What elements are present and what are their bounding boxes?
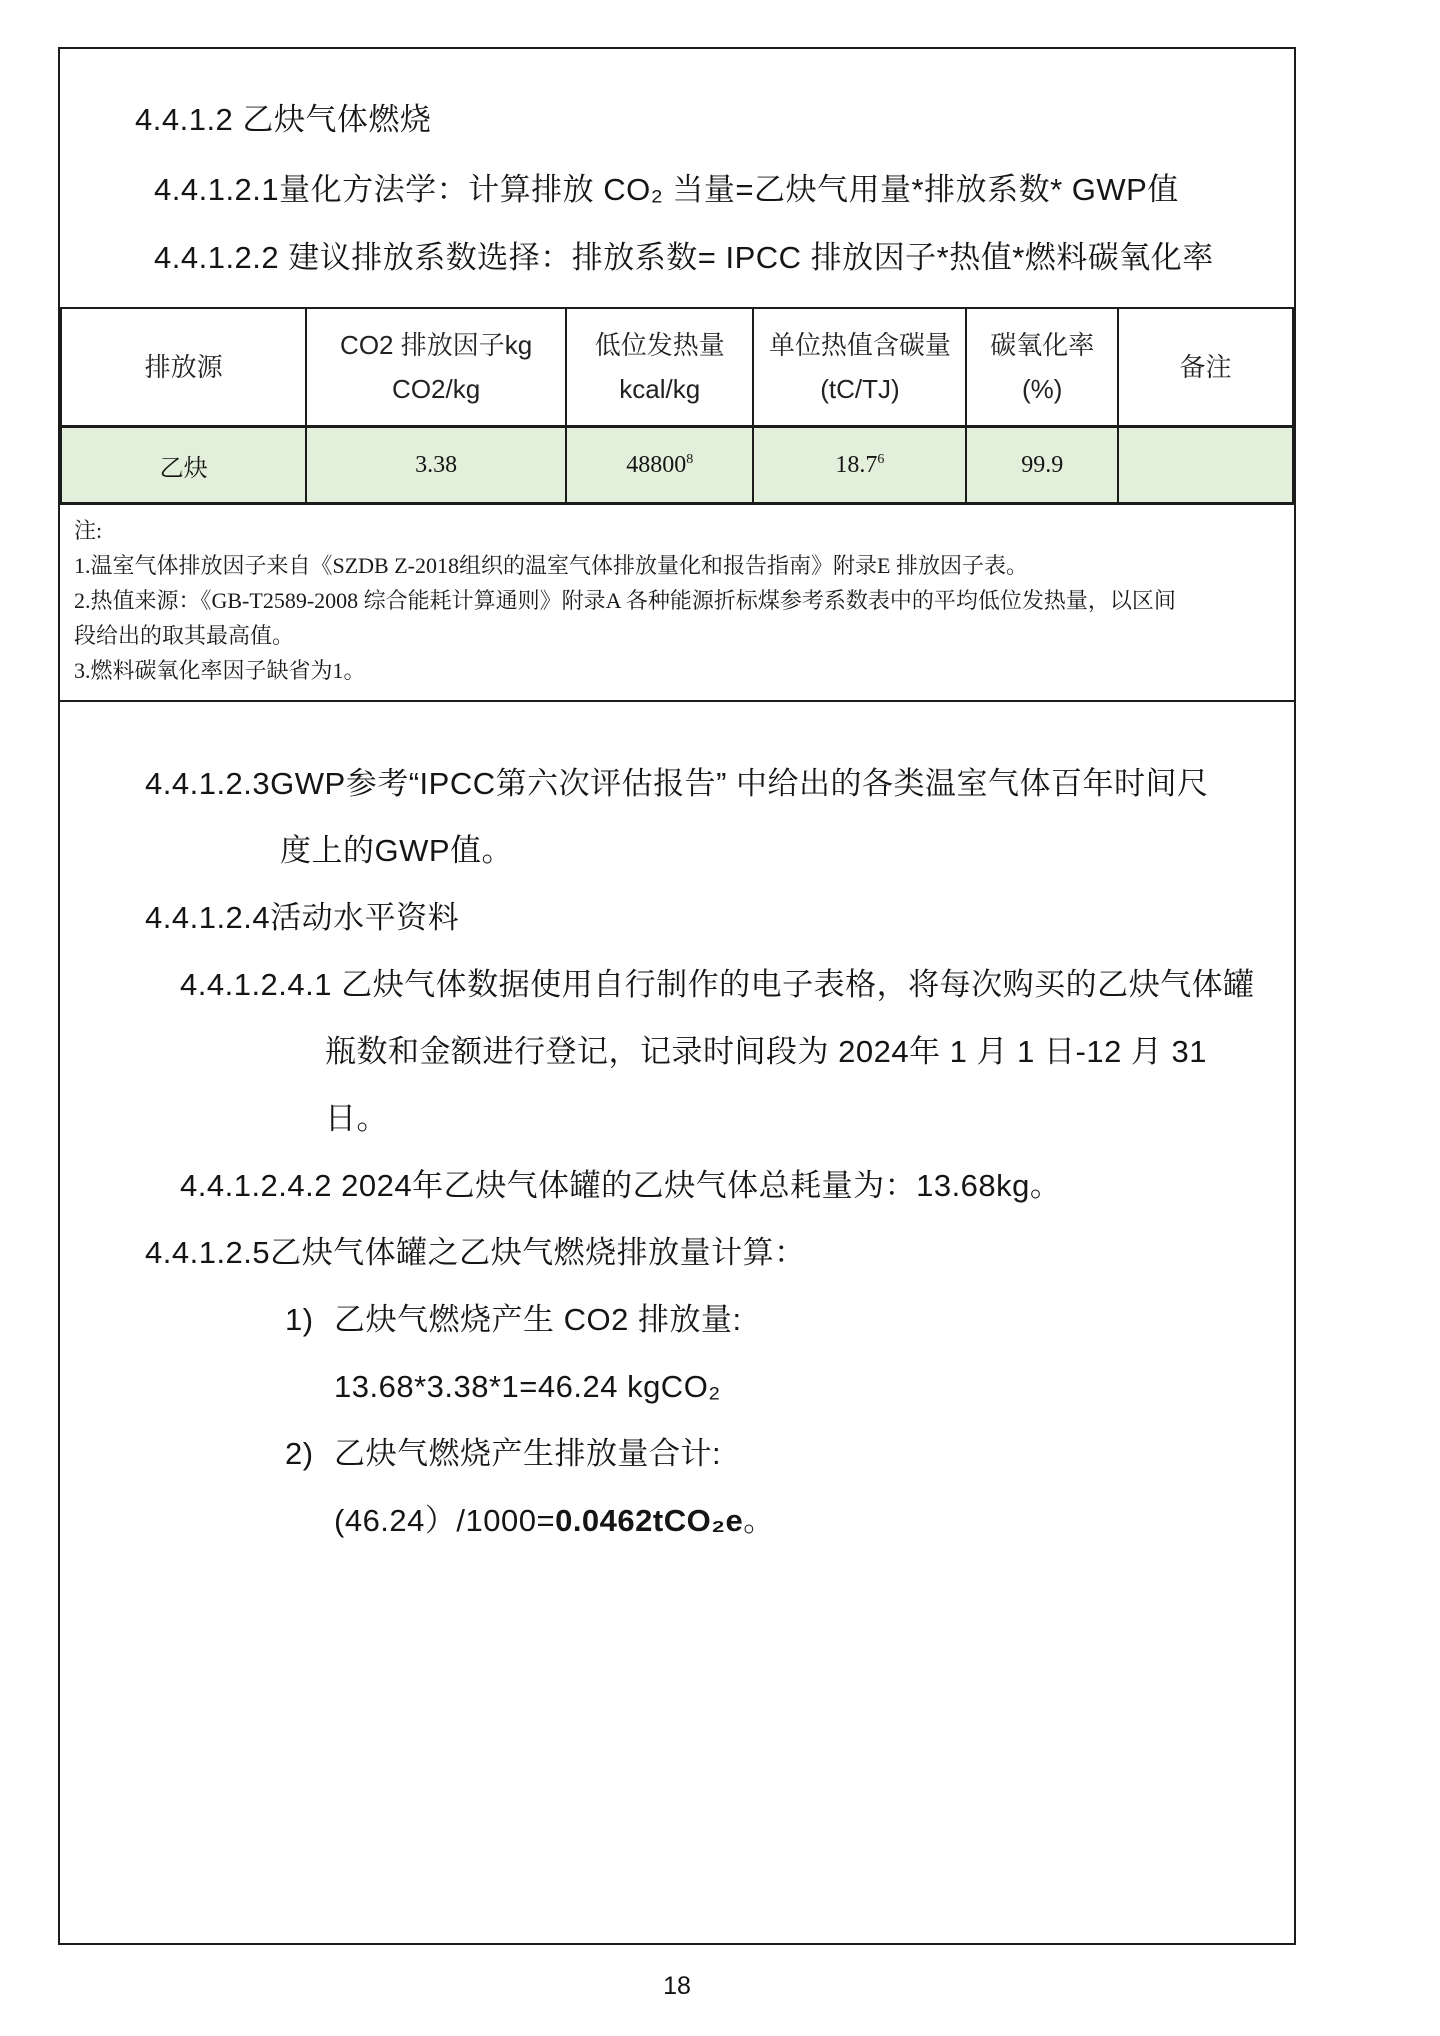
footnote-ref-8: 8 [686,452,693,467]
list-item-2-text: 乙炔气燃烧产生排放量合计: [334,1436,721,1471]
section-44123-continuation: 度上的GWP值。 [60,829,1294,873]
document-page-frame: 4.4.1.2 乙炔气体燃烧 4.4.1.2.1量化方法学：计算排放 CO₂ 当… [58,47,1296,1945]
formula-total-emission: (46.24）/1000=0.0462tCO₂e。 [60,1499,1294,1543]
formula-total-result: 0.0462tCO₂e [555,1503,743,1538]
emission-factor-table: 排放源 CO2 排放因子kg CO2/kg 低位发热量 kcal/kg 单位热值… [60,307,1294,505]
list-item-1: 1)乙炔气燃烧产生 CO2 排放量: [60,1298,1294,1342]
footnote-ref-6: 6 [877,452,884,467]
cell-remark [1118,427,1293,504]
table-data-row-acetylene: 乙炔 3.38 488008 18.76 99.9 [61,427,1293,504]
cell-emission-source: 乙炔 [61,427,306,504]
section-441241-continuation-1: 瓶数和金额进行登记，记录时间段为 2024年 1 月 1 日-12 月 31 [60,1030,1294,1074]
cell-oxidation-rate: 99.9 [966,427,1118,504]
note-1: 1.温室气体排放因子来自《SZDB Z-2018组织的温室气体排放量化和报告指南… [74,548,1280,583]
col-header-oxidation-rate: 碳氧化率 (%) [966,308,1118,427]
section-title-44121: 4.4.1.2.1量化方法学：计算排放 CO₂ 当量=乙炔气用量*排放系数* G… [135,169,1284,211]
section-title-44124: 4.4.1.2.4活动水平资料 [60,896,1294,940]
table-notes: 注: 1.温室气体排放因子来自《SZDB Z-2018组织的温室气体排放量化和报… [60,505,1294,702]
formula-total-suffix: 。 [743,1503,775,1538]
col-header-carbon-content: 单位热值含碳量 (tC/TJ) [753,308,966,427]
col-header-co2-factor: CO2 排放因子kg CO2/kg [306,308,566,427]
section-title-4412: 4.4.1.2 乙炔气体燃烧 [135,99,1284,141]
list-item-2-marker: 2) [285,1432,334,1476]
page-number: 18 [58,1972,1296,2001]
section-title-44122: 4.4.1.2.2 建议排放系数选择：排放系数= IPCC 排放因子*热值*燃料… [135,237,1284,279]
section-441241-continuation-2: 日。 [60,1097,1294,1141]
cell-co2-factor: 3.38 [306,427,566,504]
cell-heat-value: 488008 [566,427,753,504]
list-item-2: 2)乙炔气燃烧产生排放量合计: [60,1432,1294,1476]
body-text-section: 4.4.1.2.3GWP参考“IPCC第六次评估报告” 中给出的各类温室气体百年… [60,702,1294,1543]
col-header-remark: 备注 [1118,308,1293,427]
section-title-441242: 4.4.1.2.4.2 2024年乙炔气体罐的乙炔气体总耗量为：13.68kg。 [60,1164,1294,1208]
notes-label: 注: [74,513,1280,548]
cell-carbon-content: 18.76 [753,427,966,504]
section-title-44125: 4.4.1.2.5乙炔气体罐之乙炔气燃烧排放量计算： [60,1231,1294,1275]
list-item-1-text: 乙炔气燃烧产生 CO2 排放量: [334,1302,742,1337]
table-header-row: 排放源 CO2 排放因子kg CO2/kg 低位发热量 kcal/kg 单位热值… [61,308,1293,427]
formula-total-prefix: (46.24）/1000= [334,1503,555,1538]
list-item-1-marker: 1) [285,1298,334,1342]
col-header-heat-value: 低位发热量 kcal/kg [566,308,753,427]
note-2-line-1: 2.热值来源：《GB-T2589-2008 综合能耗计算通则》附录A 各种能源折… [74,583,1280,618]
note-3: 3.燃料碳氧化率因子缺省为1。 [74,653,1280,688]
col-header-emission-source: 排放源 [61,308,306,427]
section-title-441241: 4.4.1.2.4.1 乙炔气体数据使用自行制作的电子表格，将每次购买的乙炔气体… [60,963,1294,1007]
section-title-44123: 4.4.1.2.3GWP参考“IPCC第六次评估报告” 中给出的各类温室气体百年… [60,762,1294,806]
formula-co2-emission: 13.68*3.38*1=46.24 kgCO₂ [60,1365,1294,1409]
section-headings: 4.4.1.2 乙炔气体燃烧 4.4.1.2.1量化方法学：计算排放 CO₂ 当… [60,49,1294,279]
note-2-line-2: 段给出的取其最高值。 [74,618,1280,653]
